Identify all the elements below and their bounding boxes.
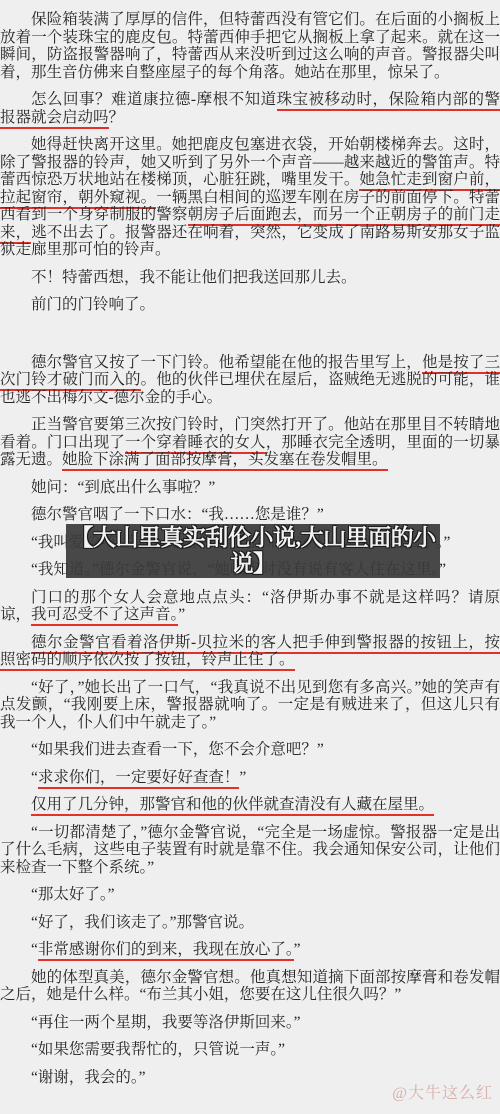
text-segment: “那太好了。” (31, 886, 115, 903)
text-segment: 前门的门铃响了。 (31, 296, 155, 313)
text-segment: “再住一两个星期，我要等洛伊斯回来。” (31, 1014, 301, 1031)
paragraph: 她问：“到底出什么事啦？” (0, 479, 500, 497)
paragraph: 仅用了几分钟，那警官和他的伙伴就查清没有人藏在屋里。 (0, 796, 500, 814)
red-underlined-text: 德尔金警官看着洛伊斯-贝拉米的客人把手伸到警报器的按钮上，按照密码的顺序依次按了… (0, 634, 500, 672)
red-underlined-text: 她脸下涂满了面部按摩膏，头发塞在卷发帽里。 (62, 451, 388, 471)
text-segment: “好了，我们该走了。”那警官说。 (31, 914, 254, 931)
red-underlined-text: 我可忍受不了这声音。 (31, 606, 178, 626)
text-segment: “一切都清楚了，”德尔金警官说，“完全是一场虚惊。警报器一定是出了什么毛病，这些… (0, 824, 500, 876)
text-segment: 逃不出去了。报警器还在响着，突然，它变成了南路易斯安那女子监狱走廊里那可怕的铃声… (0, 224, 500, 259)
text-segment: “谢谢，我会的。” (31, 1069, 146, 1086)
text-segment: ” (294, 941, 301, 958)
paragraph: “好了，”她长出了一口气，“我真说不出见到您有多高兴。”她的笑声有点发颤，“我刚… (0, 679, 500, 732)
paragraph: “如果我们进去查看一下，您不会介意吧？” (0, 741, 500, 759)
paragraph: 她得赶快离开这里。她把鹿皮包塞进衣袋，开始朝楼梯奔去。这时，除了警报器的铃声，她… (0, 136, 500, 259)
text-segment: “ (31, 941, 38, 958)
center-watermark-overlay: 【大山里真实刮伦小说,大山里面的小说】 (66, 524, 440, 578)
paragraph-gap (0, 324, 500, 344)
paragraph: 德尔警官咽了一下口水：“我……您是谁？” (0, 506, 500, 524)
text-segment: 保险箱装满了厚厚的信件，但特蕾西没有管它们。在后面的小搁板上放着一个装珠宝的鹿皮… (0, 11, 500, 81)
text-segment: ？ (109, 109, 125, 126)
text-segment: “ (31, 769, 38, 786)
paragraph: 不！特蕾西想，我不能让他们把我送回那儿去。 (0, 269, 500, 287)
red-underlined-text: 非常感谢你们的到来，我现在放心了。 (38, 941, 294, 961)
text-segment: “如果您需要我帮忙的，只管说一声。” (31, 1041, 285, 1058)
text-segment: 不！特蕾西想，我不能让他们把我送回那儿去。 (31, 269, 357, 286)
text-segment: 她问：“到底出什么事啦？” (31, 479, 215, 496)
corner-watermark: @大牛这么红 (392, 1080, 493, 1103)
paragraph: 门口的那个女人会意地点点头：“洛伊斯办事不就是这样吗？请原谅，我可忍受不了这声音… (0, 589, 500, 624)
paragraph: 她的体型真美，德尔金警官想。他真想知道摘下面部按摩膏和卷发帽之后，她是什么样。“… (0, 969, 500, 1004)
text-segment: 怎么回事？难道康拉德-摩根不知道 (31, 91, 277, 108)
paragraph: “好了，我们该走了。”那警官说。 (0, 914, 500, 932)
paragraph: 德尔警官又按了一下门铃。他希望能在他的报告里写上，他是按了三次门铃才破门而入的。… (0, 354, 500, 407)
text-segment: ” (178, 606, 185, 623)
paragraph: 正当警官要第三次按门铃时，门突然打开了。他站在那里目不转睛地看着。门口出现了一个… (0, 416, 500, 469)
paragraph: 德尔金警官看着洛伊斯-贝拉米的客人把手伸到警报器的按钮上，按照密码的顺序依次按了… (0, 634, 500, 669)
text-segment: 德尔警官又按了一下门铃。他希望能在他的报告里写上， (31, 354, 422, 371)
paragraph: “非常感谢你们的到来，我现在放心了。” (0, 941, 500, 959)
paragraph: 怎么回事？难道康拉德-摩根不知道珠宝被移动时，保险箱内部的警报器就会启动吗？ (0, 91, 500, 126)
red-underlined-text: 求求你们，一定要好好查查！ (38, 769, 240, 789)
paragraph: “一切都清楚了，”德尔金警官说，“完全是一场虚惊。警报器一定是出了什么毛病，这些… (0, 824, 500, 877)
text-segment: “如果我们进去查看一下，您不会介意吧？” (31, 741, 324, 758)
red-underlined-text: 仅用了几分钟，那警官和他的伙伴就查清没有人藏在屋里。 (31, 796, 434, 816)
text-segment: ” (239, 769, 246, 786)
paragraph: “如果您需要我帮忙的，只管说一声。” (0, 1041, 500, 1059)
text-segment: 德尔警官咽了一下口水：“我……您是谁？” (31, 506, 324, 523)
paragraph: 前门的门铃响了。 (0, 296, 500, 314)
paragraph: “再住一两个星期，我要等洛伊斯回来。” (0, 1014, 500, 1032)
text-segment: 她的体型真美，德尔金警官想。他真想知道摘下面部按摩膏和卷发帽之后，她是什么样。“… (0, 969, 500, 1004)
text-segment: “好了，”她长出了一口气，“我真说不出见到您有多高兴。”她的笑声有点发颤，“我刚… (0, 679, 500, 731)
novel-reader-page: 保险箱装满了厚厚的信件，但特蕾西没有管它们。在后面的小搁板上放着一个装珠宝的鹿皮… (0, 0, 500, 1114)
paragraph: “求求你们，一定要好好查查！” (0, 769, 500, 787)
paragraph: 保险箱装满了厚厚的信件，但特蕾西没有管它们。在后面的小搁板上放着一个装珠宝的鹿皮… (0, 11, 500, 81)
paragraph: “那太好了。” (0, 886, 500, 904)
